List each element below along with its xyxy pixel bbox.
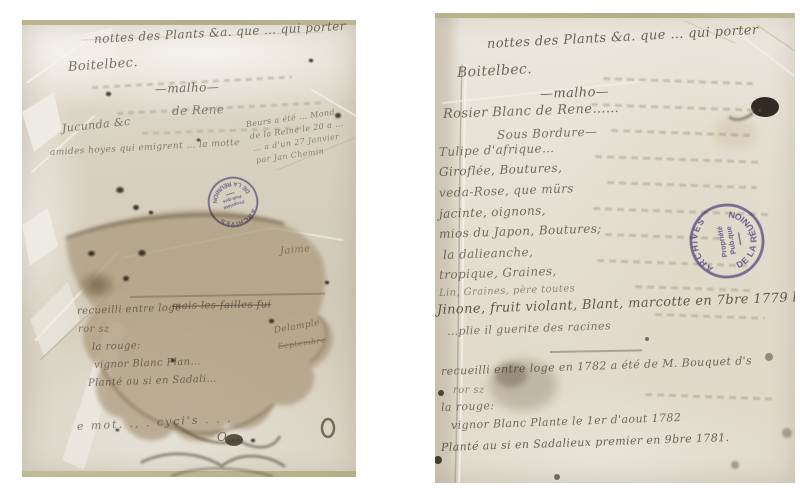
ink-stain bbox=[87, 250, 96, 257]
ink-stain bbox=[324, 280, 330, 285]
bleedthrough-line bbox=[607, 181, 757, 189]
handwriting-line: Giroflée, Boutures, bbox=[439, 161, 563, 179]
archives-stamp: ARCHIVES DE LA RÉUNION Propriété Pub.que bbox=[681, 195, 774, 288]
handwriting-line: Planté au si en Sadalieux premier en 9br… bbox=[441, 431, 730, 454]
handwriting-line: O… bbox=[217, 430, 240, 444]
handwriting-line: Lin, Graines, père toutes bbox=[439, 283, 575, 299]
handwriting-line: vignor Blanc Plante le 1er d'aout 1782 bbox=[451, 411, 682, 432]
bleedthrough-line bbox=[603, 77, 753, 85]
manuscript-photo-right: nottes des Plants &a. que … qui porter B… bbox=[435, 13, 795, 483]
handwriting-line: —malho— bbox=[540, 85, 610, 102]
handwriting-line: la rouge: bbox=[441, 399, 495, 414]
ink-stain bbox=[115, 428, 120, 432]
handwriting-line: recueilli entre loge en 1782 a été de M.… bbox=[441, 354, 753, 378]
handwriting-line: Jucunda &c bbox=[61, 115, 131, 135]
separator-rule bbox=[550, 349, 642, 352]
handwriting-line: ror sz bbox=[78, 324, 110, 335]
handwriting-line: vignor Blanc Plan… bbox=[94, 356, 201, 371]
ink-stain bbox=[268, 318, 275, 324]
binding-edge-bottom bbox=[22, 471, 356, 477]
ink-stain bbox=[334, 112, 342, 119]
strikethrough-line bbox=[130, 293, 325, 298]
handwriting-line: Jaime bbox=[280, 243, 311, 257]
handwriting-line: Rosier Blanc de Rene…… bbox=[443, 101, 620, 122]
handwriting-line-struck: Septembre bbox=[277, 335, 326, 351]
bleedthrough-line bbox=[611, 129, 751, 137]
handwriting-line: mios du Japon, Boutures; bbox=[439, 221, 602, 241]
stamp-arc-top: ARCHIVES bbox=[218, 206, 258, 231]
bleedthrough-line bbox=[645, 393, 775, 401]
ink-stain bbox=[115, 186, 125, 194]
handwriting-line: de Rene bbox=[172, 102, 225, 118]
manuscript-photo-left: nottes des Plants &a. que … qui porter B… bbox=[22, 20, 356, 477]
handwriting-line: Planté au si en Sadali… bbox=[88, 374, 217, 389]
handwriting-line: Tulipe d'afrique… bbox=[439, 141, 555, 159]
handwriting-line: recueilli entre loge bbox=[77, 302, 182, 317]
handwriting-line: ror sz bbox=[453, 385, 485, 396]
stamp-arc-top: ARCHIVES bbox=[685, 215, 716, 277]
ink-stain bbox=[132, 204, 140, 211]
handwriting-line: Delample bbox=[273, 318, 321, 336]
ink-stain bbox=[148, 210, 154, 215]
ink-stain bbox=[137, 249, 147, 257]
handwriting-line: Sous Bordure— bbox=[497, 125, 598, 142]
ink-stain bbox=[250, 438, 256, 443]
svg-text:ARCHIVES: ARCHIVES bbox=[218, 206, 258, 231]
svg-text:ARCHIVES: ARCHIVES bbox=[685, 215, 716, 277]
handwriting-line: amides hoyes qui emigrent … la motte bbox=[50, 138, 240, 158]
handwriting-line: jacinte, oignons, bbox=[439, 203, 546, 221]
handwriting-line: veda-Rose, que mürs bbox=[439, 181, 574, 200]
two-manuscript-photos: nottes des Plants &a. que … qui porter B… bbox=[0, 0, 800, 497]
handwriting-line-struck: mais les failles fui bbox=[172, 299, 271, 312]
handwriting-line: —malho— bbox=[155, 80, 220, 96]
handwriting-line: …plie il guerite des racines bbox=[447, 319, 611, 338]
handwriting-line: nottes des Plants &a. que … qui porter bbox=[487, 23, 759, 52]
handwriting-line: tropique, Graines, bbox=[439, 264, 557, 282]
handwriting-line: la dalieanche, bbox=[443, 245, 534, 262]
bleedthrough-line bbox=[655, 313, 765, 320]
archives-stamp: ARCHIVES DE LA RÉUNION Propriété Pub.que bbox=[199, 168, 267, 236]
ink-smudge bbox=[77, 270, 117, 300]
binding-edge-top bbox=[435, 13, 795, 18]
ink-stain bbox=[308, 58, 314, 63]
bleedthrough-line bbox=[595, 155, 760, 164]
handwriting-line: la rouge: bbox=[92, 340, 141, 353]
handwriting-line: Boitelbec. bbox=[67, 55, 138, 75]
ink-stain bbox=[105, 91, 112, 97]
handwriting-line: Boitelbec. bbox=[457, 61, 533, 81]
ink-stain bbox=[122, 275, 130, 282]
handwriting-line: e mot. ., . cyçi's . . . bbox=[77, 412, 233, 433]
